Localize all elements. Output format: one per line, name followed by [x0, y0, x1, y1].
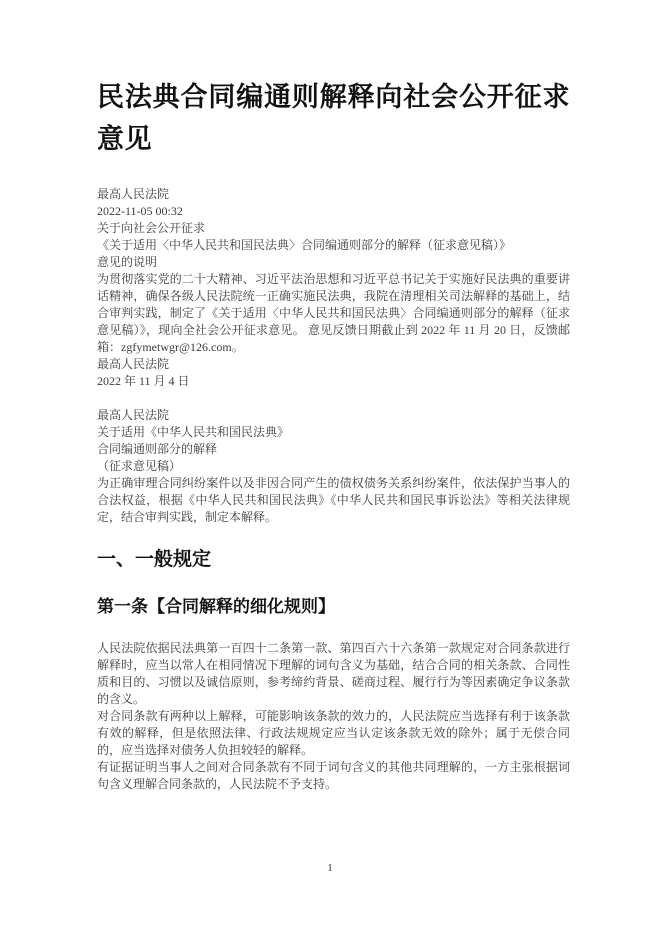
doc-heading-court: 最高人民法院 [97, 407, 570, 424]
doc-heading-line1: 关于适用《中华人民共和国民法典》 [97, 424, 570, 441]
section-heading: 一、一般规定 [97, 548, 570, 572]
doc-heading-line2: 合同编通则部分的解释 [97, 441, 570, 458]
blank-separator [97, 390, 570, 407]
page-number: 1 [0, 860, 660, 876]
meta-notice-title: 《关于适用〈中华人民共和国民法典〉合同编通则部分的解释（征求意见稿）》 [97, 237, 570, 254]
doc-block: 最高人民法院 关于适用《中华人民共和国民法典》 合同编通则部分的解释 （征求意见… [97, 407, 570, 526]
article-heading: 第一条【合同解释的细化规则】 [97, 596, 570, 618]
meta-notice-line2: 意见的说明 [97, 254, 570, 271]
announcement-paragraph: 为贯彻落实党的二十大精神、习近平法治思想和习近平总书记关于实施好民法典的重要讲话… [97, 271, 570, 356]
article-paragraph: 人民法院依据民法典第一百四十二条第一款、第四百六十六条第一款规定对合同条款进行解… [97, 640, 570, 708]
article-body: 人民法院依据民法典第一百四十二条第一款、第四百六十六条第一款规定对合同条款进行解… [97, 640, 570, 793]
header-block: 最高人民法院 2022-11-05 00:32 关于向社会公开征求 《关于适用〈… [97, 186, 570, 390]
signature-court: 最高人民法院 [97, 356, 570, 373]
doc-heading-draft-label: （征求意见稿） [97, 458, 570, 475]
document-page: 民法典合同编通则解释向社会公开征求意见 最高人民法院 2022-11-05 00… [0, 0, 660, 933]
meta-notice-line1: 关于向社会公开征求 [97, 220, 570, 237]
meta-source: 最高人民法院 [97, 186, 570, 203]
meta-datetime: 2022-11-05 00:32 [97, 203, 570, 220]
preamble-paragraph: 为正确审理合同纠纷案件以及非因合同产生的债权债务关系纠纷案件，依法保护当事人的合… [97, 475, 570, 526]
article-paragraph: 有证据证明当事人之间对合同条款有不同于词句含义的其他共同理解的，一方主张根据词句… [97, 759, 570, 793]
signature-date: 2022 年 11 月 4 日 [97, 373, 570, 390]
article-paragraph: 对合同条款有两种以上解释，可能影响该条款的效力的，人民法院应当选择有利于该条款有… [97, 708, 570, 759]
document-title: 民法典合同编通则解释向社会公开征求意见 [97, 76, 570, 160]
document-content: 民法典合同编通则解释向社会公开征求意见 最高人民法院 2022-11-05 00… [0, 0, 660, 793]
